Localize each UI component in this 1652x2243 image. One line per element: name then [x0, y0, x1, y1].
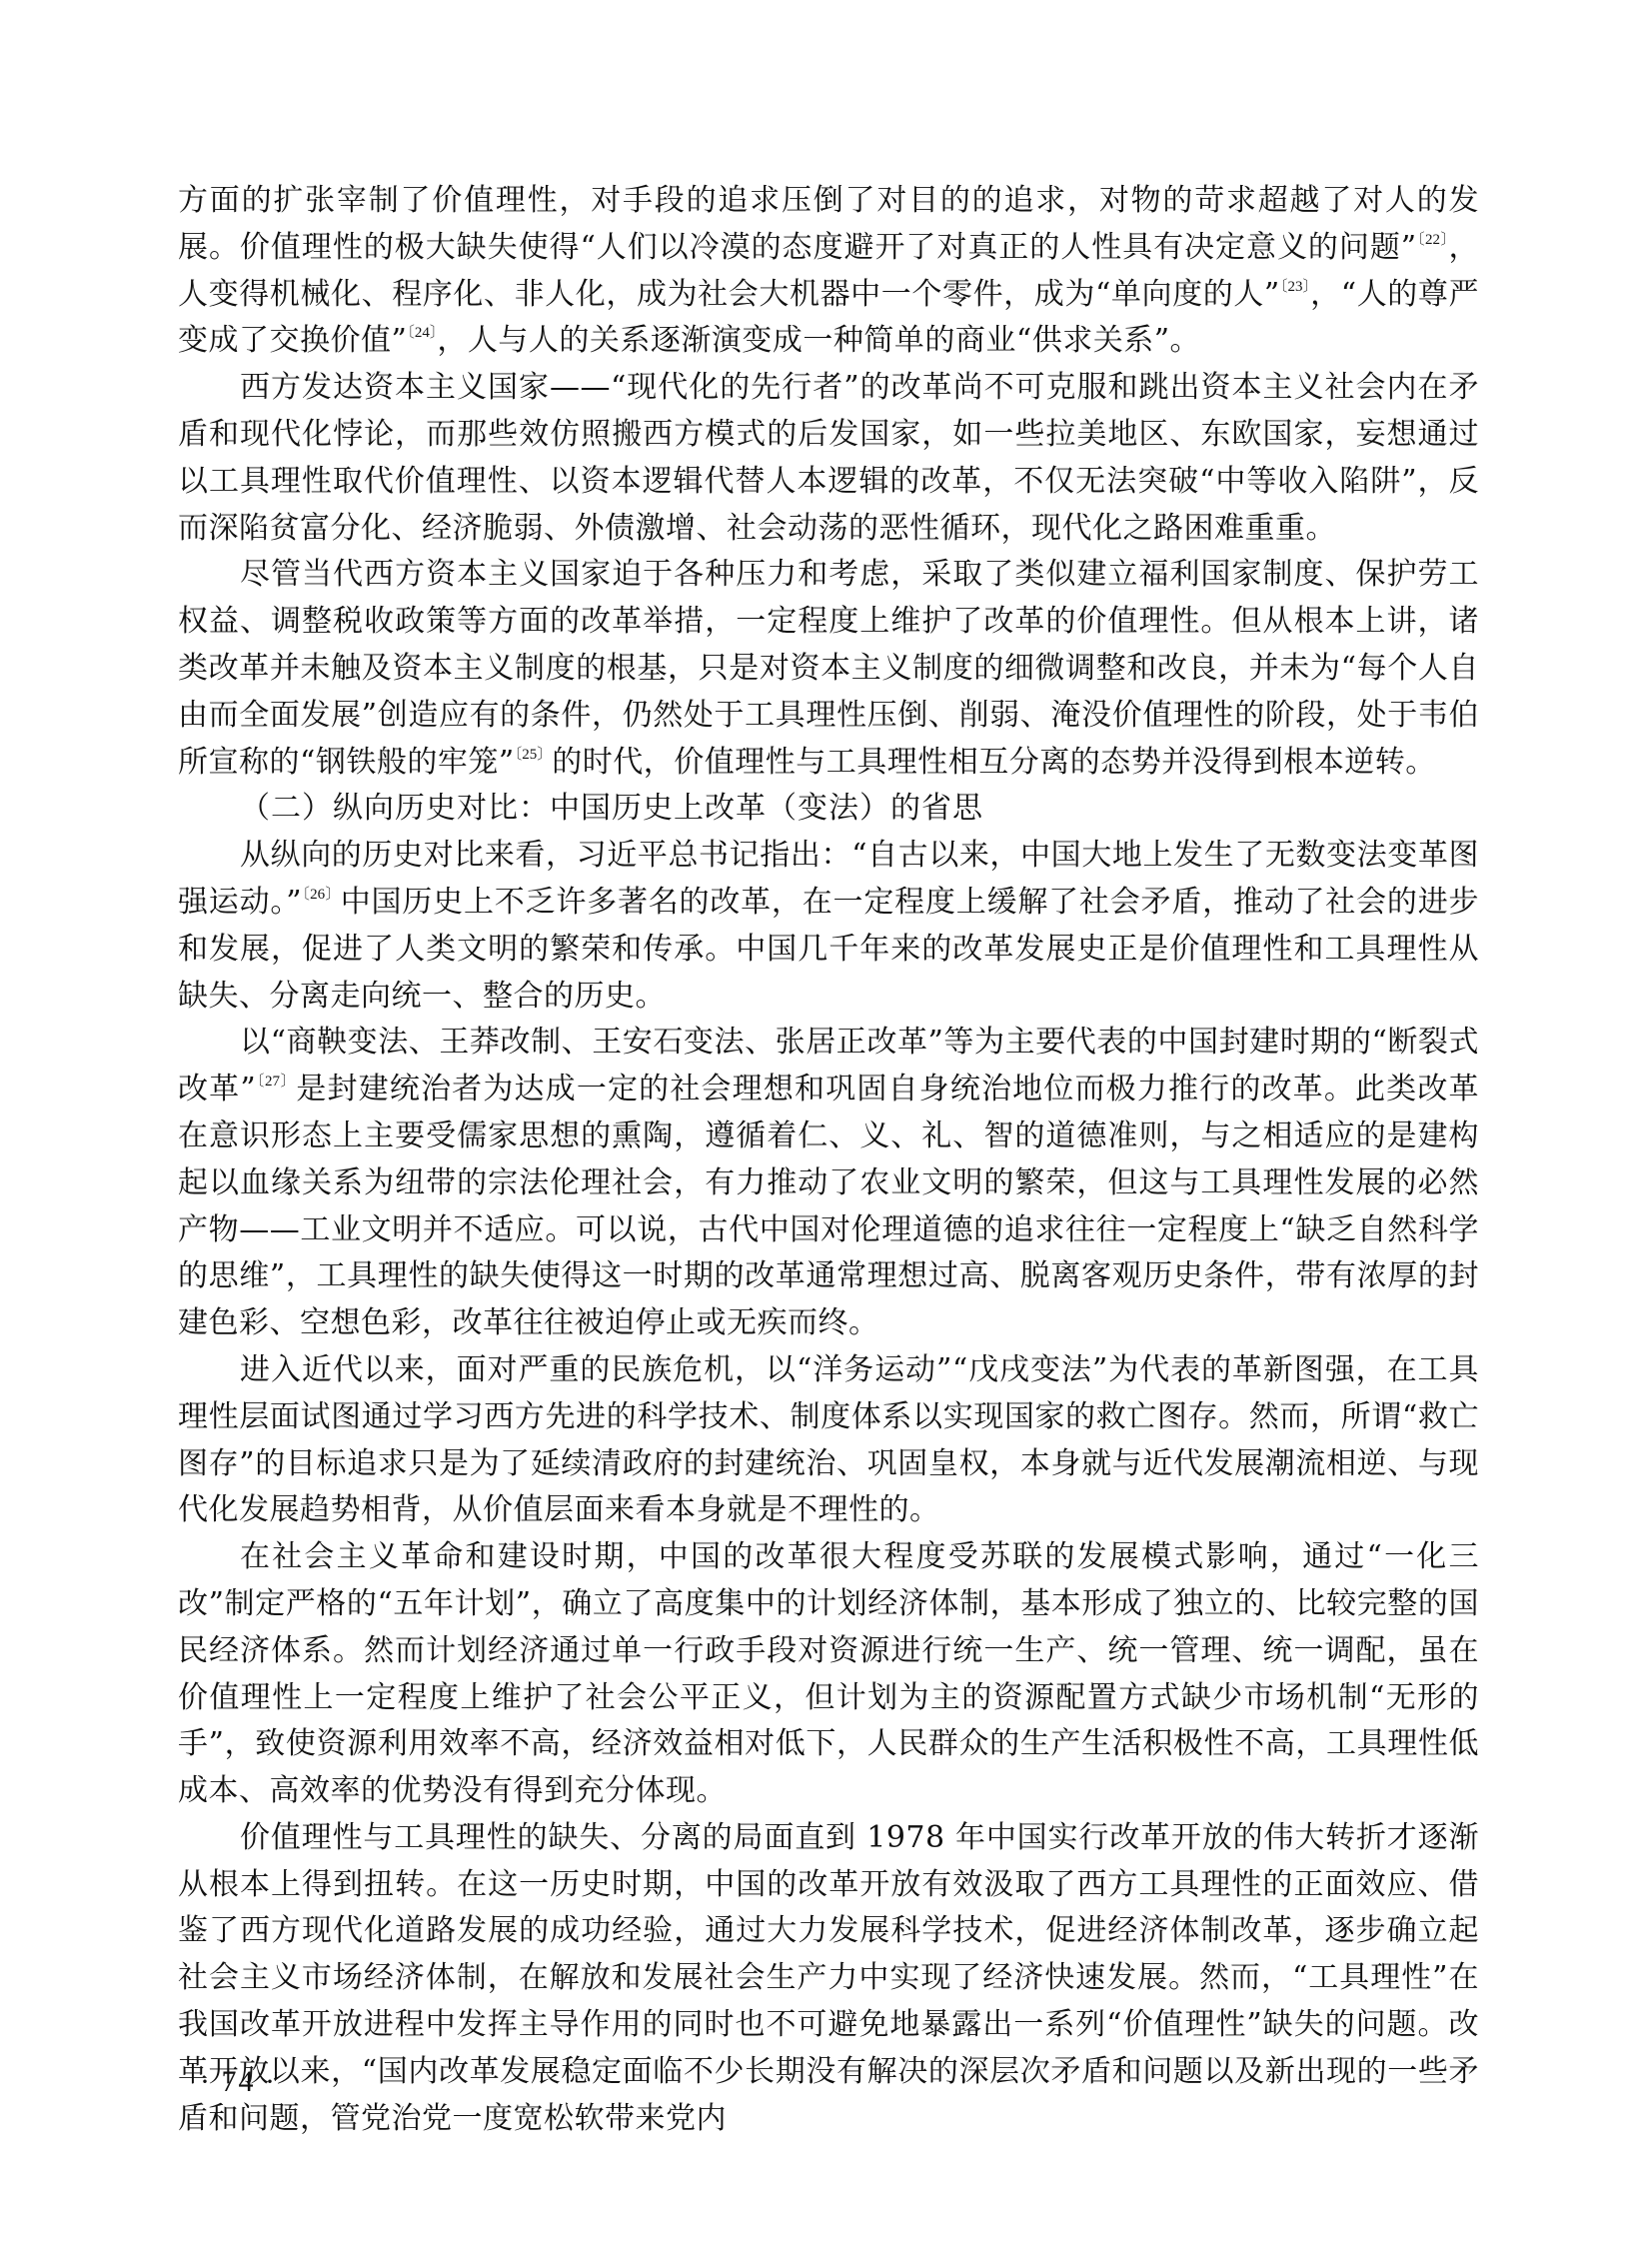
citation-marker: 〔27〕 — [256, 1074, 296, 1090]
page-number: · 74 · — [200, 2065, 277, 2099]
section-heading: （二）纵向历史对比：中国历史上改革（变法）的省思 — [178, 786, 1479, 833]
paragraph-feudal-reforms: 以“商鞅变法、王莽改制、王安石变法、张居正改革”等为主要代表的中国封建时期的“断… — [178, 1020, 1479, 1347]
paragraph-reform-and-opening: 价值理性与工具理性的缺失、分离的局面直到 1978 年中国实行改革开放的伟大转折… — [178, 1815, 1479, 2143]
text-segment: 方面的扩张宰制了价值理性，对手段的追求压倒了对目的的追求，对物的苛求超越了对人的… — [178, 183, 1479, 265]
paragraph-continuation: 方面的扩张宰制了价值理性，对手段的追求压倒了对目的的追求，对物的苛求超越了对人的… — [178, 178, 1479, 365]
citation-marker: 〔25〕 — [515, 747, 553, 763]
text-segment: 价值理性与工具理性的缺失、分离的局面直到 1978 年中国实行改革开放的伟大转折… — [178, 1820, 1479, 2136]
paragraph-socialist-construction: 在社会主义革命和建设时期，中国的改革很大程度受苏联的发展模式影响，通过“一化三改… — [178, 1534, 1479, 1815]
text-segment: 进入近代以来，面对严重的民族危机，以“洋务运动”“戊戌变法”为代表的革新图强，在… — [178, 1352, 1479, 1527]
citation-marker: 〔24〕 — [407, 325, 437, 341]
paragraph-contemporary-western-reforms: 尽管当代西方资本主义国家迫于各种压力和考虑，采取了类似建立福利国家制度、保护劳工… — [178, 552, 1479, 786]
citation-marker: 〔22〕 — [1417, 232, 1449, 248]
text-segment: ，人与人的关系逐渐演变成一种简单的商业“供求关系”。 — [437, 323, 1200, 358]
citation-marker: 〔23〕 — [1280, 279, 1310, 295]
paragraph-western-developed-countries: 西方发达资本主义国家——“现代化的先行者”的改革尚不可克服和跳出资本主义社会内在… — [178, 365, 1479, 552]
text-segment: 中国历史上不乏许多著名的改革，在一定程度上缓解了社会矛盾，推动了社会的进步和发展… — [178, 885, 1479, 1014]
paragraph-historical-comparison: 从纵向的历史对比来看，习近平总书记指出：“自古以来，中国大地上发生了无数变法变革… — [178, 833, 1479, 1020]
section-heading-text: （二）纵向历史对比：中国历史上改革（变法）的省思 — [240, 791, 983, 826]
citation-marker: 〔26〕 — [302, 887, 341, 903]
text-segment: 的时代，价值理性与工具理性相互分离的态势并没得到根本逆转。 — [552, 745, 1436, 780]
text-segment: 是封建统治者为达成一定的社会理想和巩固自身统治地位而极力推行的改革。此类改革在意… — [178, 1072, 1479, 1340]
text-segment: 西方发达资本主义国家——“现代化的先行者”的改革尚不可克服和跳出资本主义社会内在… — [178, 370, 1479, 545]
paragraph-modern-era: 进入近代以来，面对严重的民族危机，以“洋务运动”“戊戌变法”为代表的革新图强，在… — [178, 1347, 1479, 1534]
article-body: 方面的扩张宰制了价值理性，对手段的追求压倒了对目的的追求，对物的苛求超越了对人的… — [178, 178, 1479, 2142]
text-segment: 在社会主义革命和建设时期，中国的改革很大程度受苏联的发展模式影响，通过“一化三改… — [178, 1539, 1479, 1808]
